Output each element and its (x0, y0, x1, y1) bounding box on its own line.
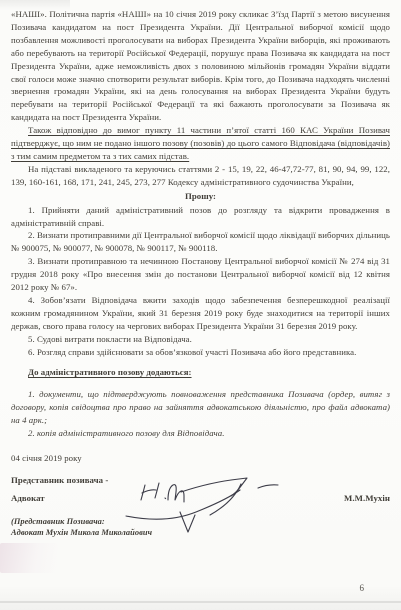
request-item-1: 1. Прийняти даний адміністративний позов… (11, 204, 390, 230)
attachment-item-1: 1. документи, що підтверджують повноваже… (11, 388, 390, 427)
request-item-3: 3. Визнати протиправною та нечинною Пост… (11, 255, 390, 294)
attachments-heading: До адміністративного позову додаються: (11, 366, 390, 379)
paragraph-legal-basis: На підставі викладеного та керуючись ста… (11, 163, 390, 189)
paragraph-confirmation: Також відповідно до вимог пункту 11 част… (11, 124, 390, 163)
page-number: 6 (360, 583, 365, 593)
request-item-6: 6. Розгляд справи здійснювати за обов’яз… (11, 346, 390, 359)
request-heading: Прошу: (11, 190, 390, 203)
scanned-document-page: «НАШІ». Політична партія «НАШІ» на 10 сі… (0, 0, 401, 610)
request-item-4: 4. Зобов’язати Відповідача вжити заходів… (11, 294, 390, 333)
scan-bottom-edge (0, 601, 401, 603)
attachment-item-2: 2. копія адміністративного позову для Ві… (11, 427, 390, 440)
request-item-2: 2. Визнати протиправними дії Центральної… (11, 229, 390, 255)
handwritten-signature (118, 462, 293, 542)
request-item-5: 5. Судові витрати покласти на Відповідач… (11, 333, 390, 346)
scan-artifact-blob (0, 543, 58, 573)
signatory-name: М.М.Мухін (344, 492, 390, 505)
advocate-label: Адвокат (11, 492, 45, 505)
paragraph-continuation: «НАШІ». Політична партія «НАШІ» на 10 сі… (11, 8, 390, 124)
document-body: «НАШІ». Політична партія «НАШІ» на 10 сі… (11, 8, 390, 538)
